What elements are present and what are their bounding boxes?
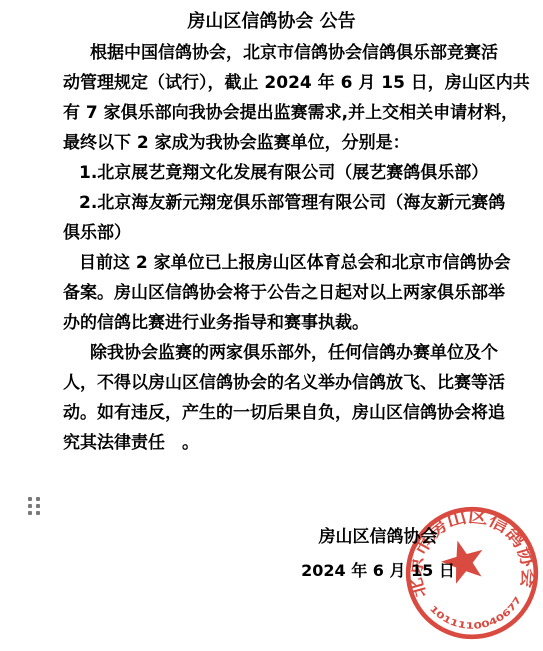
list-item-1: 1.北京展艺竟翔文化发展有限公司（展艺赛鸽俱乐部） — [63, 158, 487, 188]
body-line: 最终以下 2 家成为我协会监赛单位，分别是： — [63, 128, 487, 158]
body-line: 办的信鸽比赛进行业务指导和赛事执裁。 — [63, 308, 487, 338]
body-line: 除我协会监赛的两家俱乐部外，任何信鸽办赛单位及个 — [63, 338, 487, 368]
body-line: 目前这 2 家单位已上报房山区体育总会和北京市信鸽协会 — [63, 248, 487, 278]
body-line: 备案。房山区信鸽协会将于公告之日起对以上两家俱乐部举 — [63, 278, 487, 308]
body-line: 动管理规定（试行），截止 2024 年 6 月 15 日，房山区内共 — [63, 68, 487, 98]
body-line: 有 7 家俱乐部向我协会提出监赛需求,并上交相关申请材料， — [63, 98, 487, 128]
seal-serial-number: 1011110040677 — [426, 594, 526, 636]
body-line: 动。如有违反，产生的一切后果自负，房山区信鸽协会将追 — [63, 398, 487, 428]
signature-block: 房山区信鸽协会 2024 年 6 月 15 日 — [298, 520, 458, 588]
body-line: 根据中国信鸽协会，北京市信鸽协会信鸽俱乐部竞赛活 — [63, 38, 487, 68]
svg-text:1011110040677: 1011110040677 — [426, 594, 526, 636]
document-body: 根据中国信鸽协会，北京市信鸽协会信鸽俱乐部竞赛活 动管理规定（试行），截止 20… — [63, 38, 487, 458]
signature-org: 房山区信鸽协会 — [298, 520, 458, 554]
list-item-2: 2.北京海友新元翔宠俱乐部管理有限公司（海友新元赛鸽 — [63, 188, 487, 218]
body-line: 俱乐部） — [63, 218, 487, 248]
body-line: 人，不得以房山区信鸽协会的名义举办信鸽放飞、比赛等活 — [63, 368, 487, 398]
drag-handle-icon[interactable] — [28, 497, 40, 515]
document-title: 房山区信鸽协会 公告 — [0, 8, 543, 36]
document-page: 房山区信鸽协会 公告 根据中国信鸽协会，北京市信鸽协会信鸽俱乐部竞赛活 动管理规… — [0, 0, 543, 651]
signature-date: 2024 年 6 月 15 日 — [298, 554, 458, 588]
body-line: 究其法律责任 。 — [63, 428, 487, 458]
